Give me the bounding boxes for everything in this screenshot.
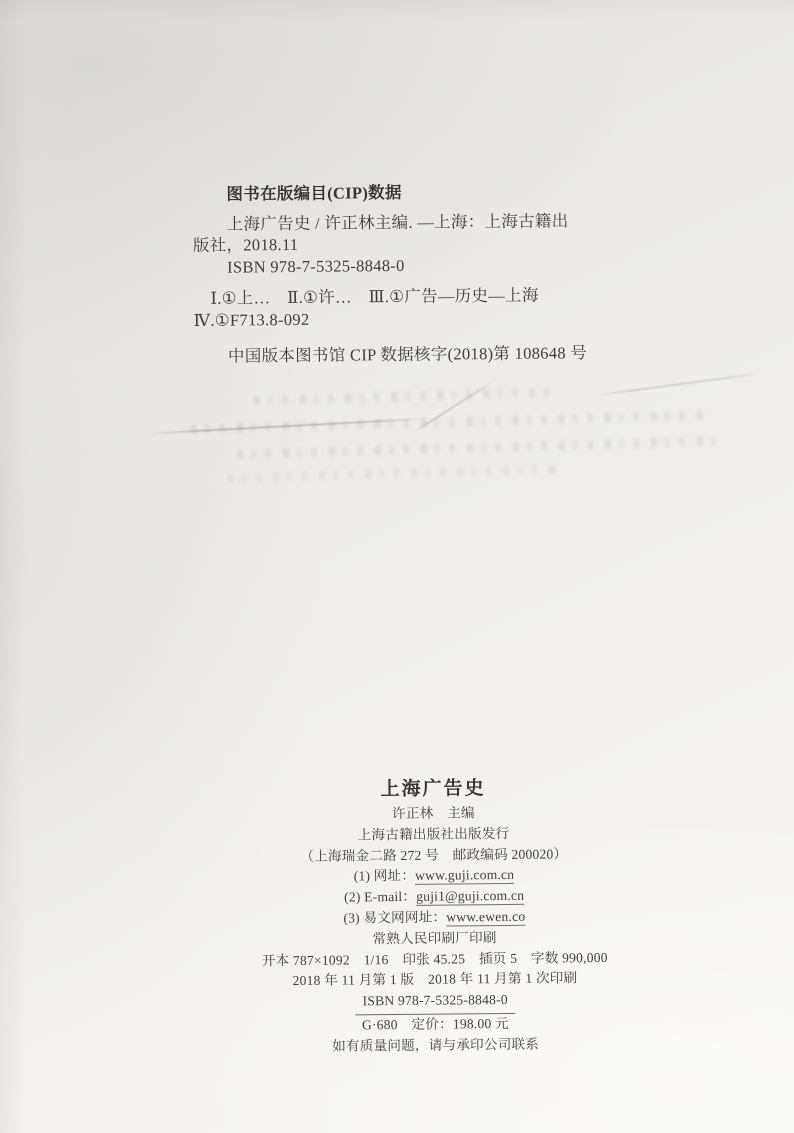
page-showthrough-smudge (237, 437, 717, 459)
cip-header: 图书在版编目(CIP)数据 (192, 179, 662, 205)
cip-section: 图书在版编目(CIP)数据 上海广告史 / 许正林主编. —上海：上海古籍出 版… (192, 179, 664, 367)
page-showthrough-smudge (191, 410, 711, 433)
website-label-ewen: (3) 易文网网址： (343, 910, 446, 926)
email-address: guji1@guji.com.cn (416, 888, 524, 906)
website-url-guji: www.guji.com.cn (415, 867, 514, 885)
colophon-section: 上海广告史 许正林 主编 上海古籍出版社出版发行 （上海瑞金二路 272 号 邮… (226, 775, 643, 1059)
book-title: 上海广告史 (226, 775, 640, 804)
website-url-ewen: www.ewen.co (446, 909, 525, 927)
quality-note: 如有质量问题，请与承印公司联系 (229, 1033, 643, 1058)
isbn-number: ISBN 978-7-5325-8848-0 (355, 990, 514, 1015)
page-showthrough-smudge (253, 388, 553, 405)
paper-crease (597, 372, 761, 395)
email-label: (2) E-mail： (344, 889, 416, 905)
cip-isbn: ISBN 978-7-5325-8848-0 (193, 252, 663, 278)
scanned-book-page: { "cip": { "header": "图书在版编目(CIP)数据", "t… (0, 0, 794, 1133)
page-showthrough-smudge (227, 465, 557, 483)
page-content: 图书在版编目(CIP)数据 上海广告史 / 许正林主编. —上海：上海古籍出 版… (0, 0, 794, 1133)
cip-classification-line2: Ⅳ.①F713.8-092 (194, 305, 664, 331)
website-label-1: (1) 网址： (354, 868, 416, 884)
cip-registry: 中国版本图书馆 CIP 数据核字(2018)第 108648 号 (194, 341, 664, 367)
